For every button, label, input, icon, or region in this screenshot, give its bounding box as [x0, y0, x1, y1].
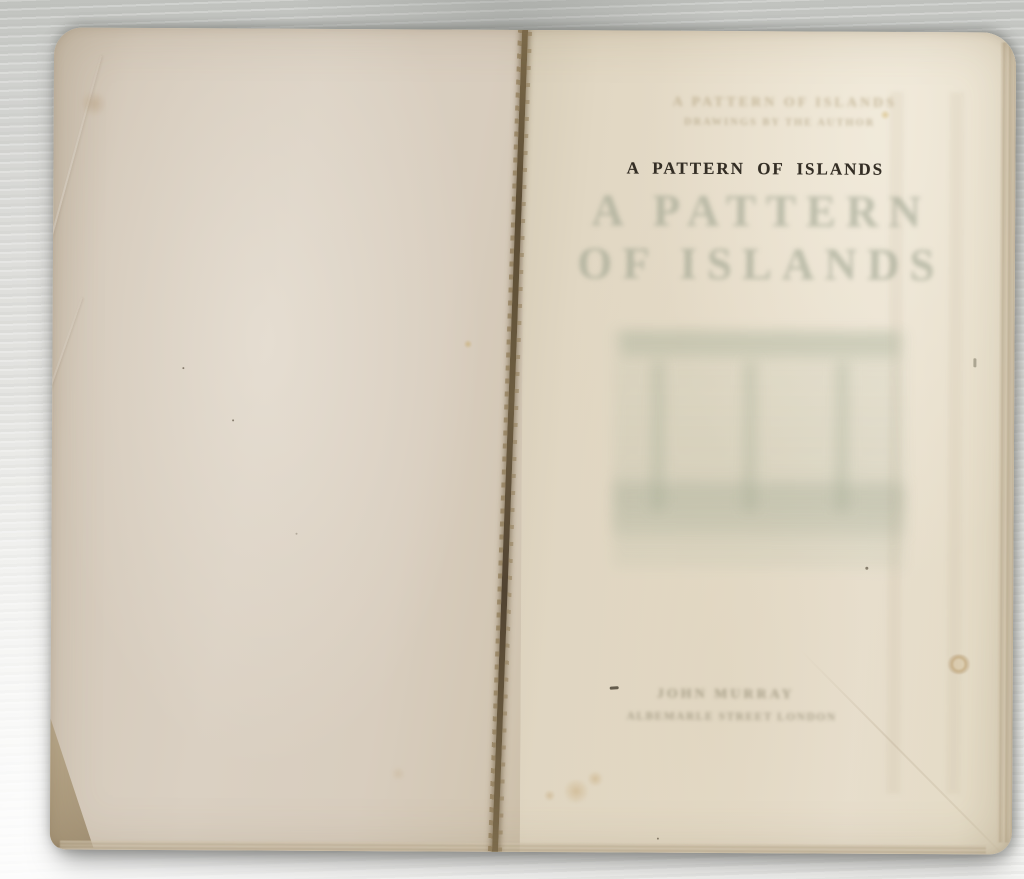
foxing-spot: [947, 654, 971, 674]
left-page-sheen: [50, 27, 524, 851]
foxing-spot: [79, 93, 109, 115]
foxing-spot: [562, 779, 590, 803]
ghost-title-line1: A PATTERN: [515, 184, 1007, 240]
ghost-title-line2: OF ISLANDS: [515, 237, 1007, 293]
foxing-spot: [543, 790, 556, 801]
ghost-publisher-name: JOHN MURRAY: [480, 686, 972, 705]
pen-mark: [610, 686, 619, 690]
foxing-spot: [390, 767, 406, 780]
ink-speck: [973, 358, 976, 367]
foxing-spot: [463, 340, 472, 349]
foxing-spot: [880, 110, 891, 120]
ghost-publisher-address: ALBEMARLE STREET LONDON: [486, 710, 978, 725]
photo-of-open-book: A PATTERN OF ISLANDS DRAWINGS BY THE AUT…: [0, 0, 1024, 879]
ghost-illustration-top-band: [621, 330, 897, 357]
open-book: A PATTERN OF ISLANDS DRAWINGS BY THE AUT…: [50, 27, 1016, 854]
ghost-title-text: A PATTERN OF ISLANDS: [515, 184, 1008, 293]
ink-speck: [865, 567, 868, 570]
ink-speck: [657, 838, 659, 840]
ink-speck: [182, 367, 184, 369]
ink-speck: [296, 533, 298, 535]
ghost-header-line1: A PATTERN OF ISLANDS: [539, 94, 1016, 113]
left-blank-page: [50, 27, 524, 851]
half-title-text: A PATTERN OF ISLANDS: [509, 158, 1001, 181]
ghost-illustration-sea-band: [613, 482, 905, 536]
foxing-spot: [586, 771, 604, 786]
ghost-illustration: [612, 330, 905, 570]
ink-speck: [232, 419, 234, 421]
